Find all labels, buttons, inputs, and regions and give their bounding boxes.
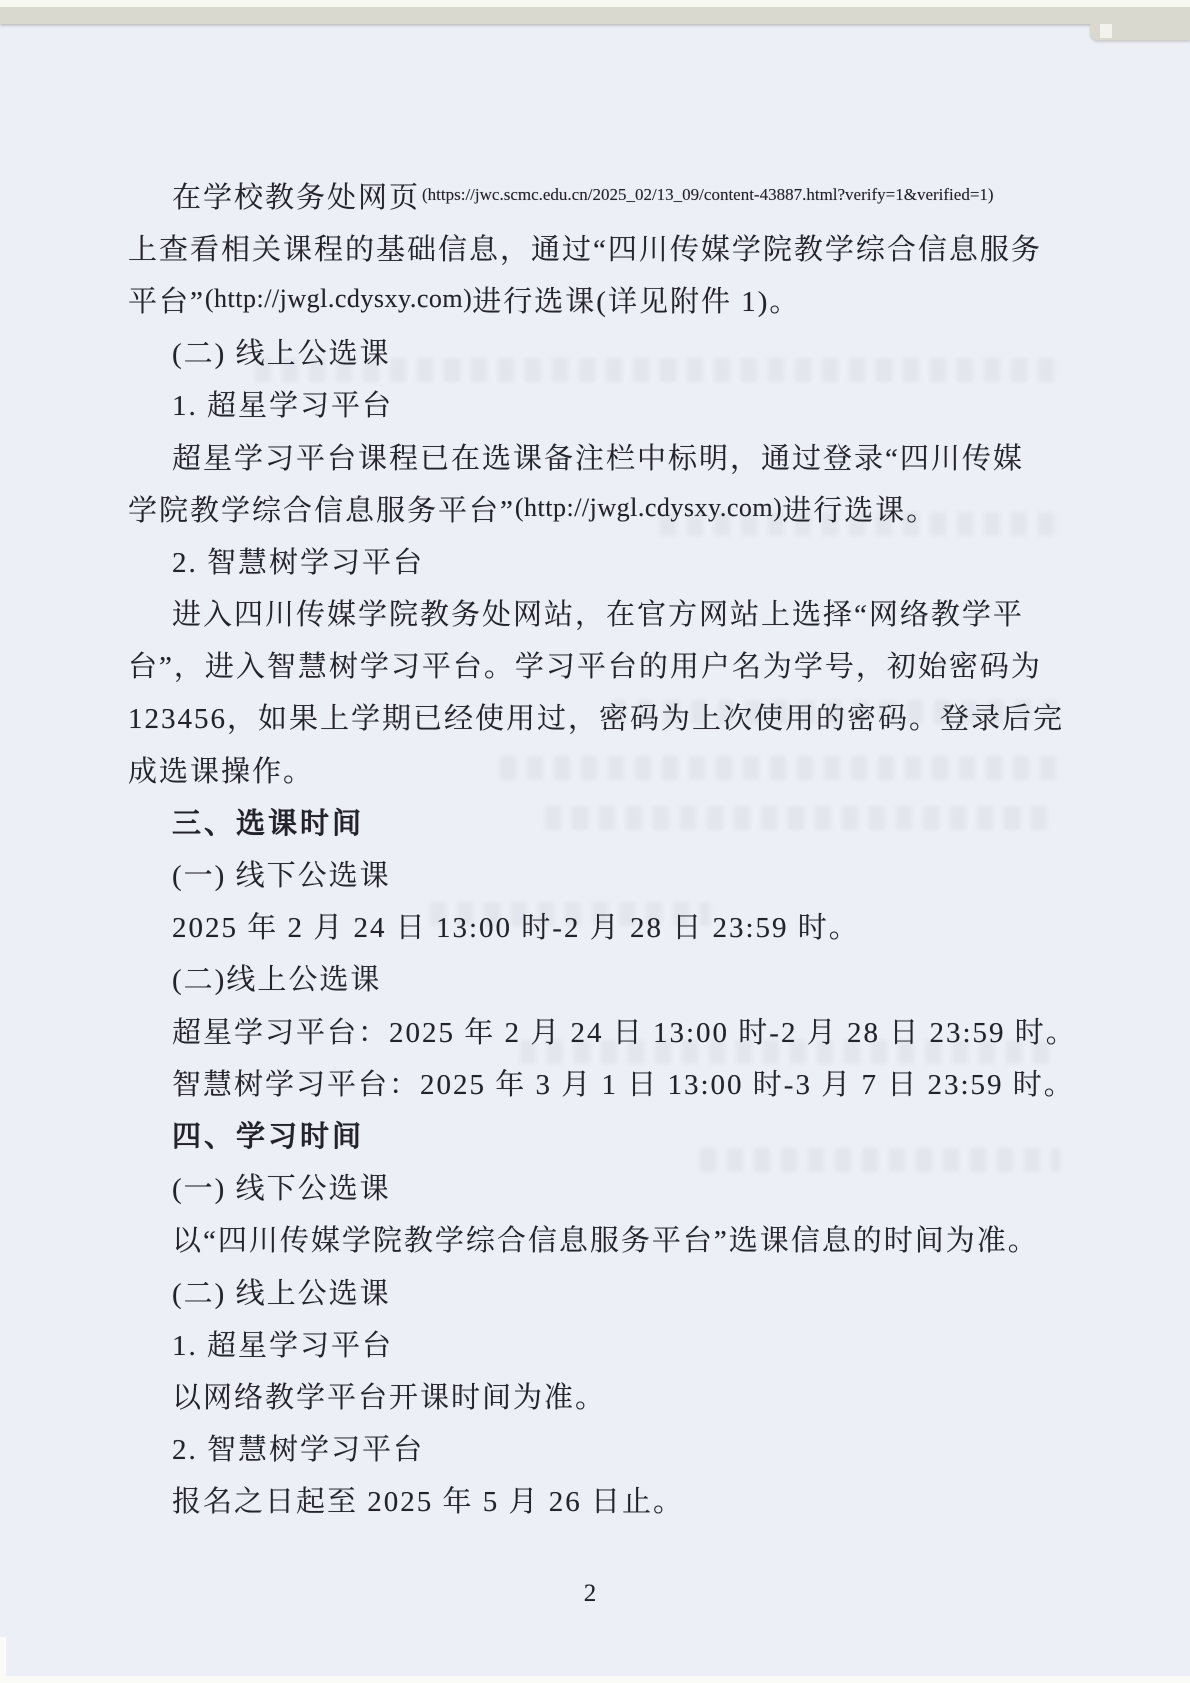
text-run: 四、学习时间 — [172, 1114, 364, 1155]
text-line: (二) 线上公选课 — [128, 1265, 1068, 1317]
text-run: 报名之日起至 2025 年 5 月 26 日止。 — [172, 1479, 684, 1520]
scan-edge-left-highlight — [0, 1637, 6, 1683]
text-line: 报名之日起至 2025 年 5 月 26 日止。 — [128, 1474, 1068, 1526]
text-line: (二) 线上公选课 — [128, 326, 1068, 378]
section-heading: 四、学习时间 — [128, 1108, 1068, 1160]
text-run: 台”，进入智慧树学习平台。学习平台的用户名为学号，初始密码为 — [128, 644, 1042, 685]
text-line: (一) 线下公选课 — [128, 1161, 1068, 1213]
text-run: 上查看相关课程的基础信息，通过“四川传媒学院教学综合信息服务 — [128, 227, 1042, 268]
text-run: (二)线上公选课 — [172, 957, 381, 998]
text-line: 学院教学综合信息服务平台”(http://jwgl.cdysxy.com)进行选… — [128, 482, 1068, 534]
section-heading: 三、选课时间 — [128, 795, 1068, 847]
text-run: 在学校教务处网页 — [172, 175, 420, 216]
text-run: (一) 线下公选课 — [172, 1166, 391, 1207]
text-run: 以网络教学平台开课时间为准。 — [172, 1375, 606, 1416]
text-run: (二) 线上公选课 — [172, 1271, 391, 1312]
text-run: 1. 超星学习平台 — [172, 1323, 393, 1364]
text-run: (二) 线上公选课 — [172, 331, 391, 372]
text-line: 上查看相关课程的基础信息，通过“四川传媒学院教学综合信息服务 — [128, 221, 1068, 273]
text-line: 成选课操作。 — [128, 743, 1068, 795]
text-run: 进入四川传媒学院教务处网站，在官方网站上选择“网络教学平 — [172, 592, 1024, 633]
text-run: (一) 线下公选课 — [172, 853, 391, 894]
text-run: 以“四川传媒学院教学综合信息服务平台”选课信息的时间为准。 — [172, 1218, 1039, 1259]
document-text-block: 在学校教务处网页(https://jwc.scmc.edu.cn/2025_02… — [128, 169, 1068, 1526]
text-run: 1. 超星学习平台 — [172, 383, 393, 424]
text-line: 以“四川传媒学院教学综合信息服务平台”选课信息的时间为准。 — [128, 1213, 1068, 1265]
text-run: 123456，如果上学期已经使用过，密码为上次使用的密码。登录后完 — [128, 696, 1064, 737]
scan-edge-top-band — [0, 7, 1190, 24]
text-line: (二)线上公选课 — [128, 952, 1068, 1004]
text-line: (一) 线下公选课 — [128, 847, 1068, 899]
text-run: 进行选课(详见附件 1)。 — [472, 279, 800, 320]
text-line: 台”，进入智慧树学习平台。学习平台的用户名为学号，初始密码为 — [128, 639, 1068, 691]
text-line: 2. 智慧树学习平台 — [128, 534, 1068, 586]
text-line: 在学校教务处网页(https://jwc.scmc.edu.cn/2025_02… — [128, 169, 1068, 221]
text-line: 1. 超星学习平台 — [128, 1317, 1068, 1369]
text-run: 三、选课时间 — [172, 801, 364, 842]
text-run: 学院教学综合信息服务平台” — [128, 488, 515, 529]
text-line: 2. 智慧树学习平台 — [128, 1422, 1068, 1474]
url-text: (http://jwgl.cdysxy.com) — [205, 284, 472, 314]
scanned-document-page: 在学校教务处网页(https://jwc.scmc.edu.cn/2025_02… — [0, 0, 1190, 1683]
text-line: 智慧树学习平台：2025 年 3 月 1 日 13:00 时-3 月 7 日 2… — [128, 1056, 1068, 1108]
text-line: 进入四川传媒学院教务处网站，在官方网站上选择“网络教学平 — [128, 587, 1068, 639]
text-run: 成选课操作。 — [128, 749, 314, 790]
url-text: (http://jwgl.cdysxy.com) — [515, 493, 782, 523]
text-line: 以网络教学平台开课时间为准。 — [128, 1369, 1068, 1421]
scan-edge-top-highlight — [0, 0, 1190, 7]
text-run: 平台” — [128, 279, 205, 320]
page-number: 2 — [0, 1580, 1180, 1608]
text-run: 超星学习平台：2025 年 2 月 24 日 13:00 时-2 月 28 日 … — [172, 1010, 1077, 1051]
text-line: 2025 年 2 月 24 日 13:00 时-2 月 28 日 23:59 时… — [128, 900, 1068, 952]
text-run: 超星学习平台课程已在选课备注栏中标明，通过登录“四川传媒 — [172, 436, 1024, 477]
text-run: 智慧树学习平台：2025 年 3 月 1 日 13:00 时-3 月 7 日 2… — [172, 1062, 1075, 1103]
text-run: 2025 年 2 月 24 日 13:00 时-2 月 28 日 23:59 时… — [172, 905, 860, 946]
text-run: 进行选课。 — [782, 488, 937, 529]
scan-edge-notch — [1100, 24, 1112, 38]
text-line: 超星学习平台课程已在选课备注栏中标明，通过登录“四川传媒 — [128, 430, 1068, 482]
scan-edge-bottom-highlight — [0, 1676, 1190, 1683]
text-line: 123456，如果上学期已经使用过，密码为上次使用的密码。登录后完 — [128, 691, 1068, 743]
url-text: (https://jwc.scmc.edu.cn/2025_02/13_09/c… — [420, 185, 994, 205]
text-line: 1. 超星学习平台 — [128, 378, 1068, 430]
text-run: 2. 智慧树学习平台 — [172, 540, 424, 581]
text-line: 超星学习平台：2025 年 2 月 24 日 13:00 时-2 月 28 日 … — [128, 1004, 1068, 1056]
text-run: 2. 智慧树学习平台 — [172, 1427, 424, 1468]
text-line: 平台”(http://jwgl.cdysxy.com)进行选课(详见附件 1)。 — [128, 273, 1068, 325]
